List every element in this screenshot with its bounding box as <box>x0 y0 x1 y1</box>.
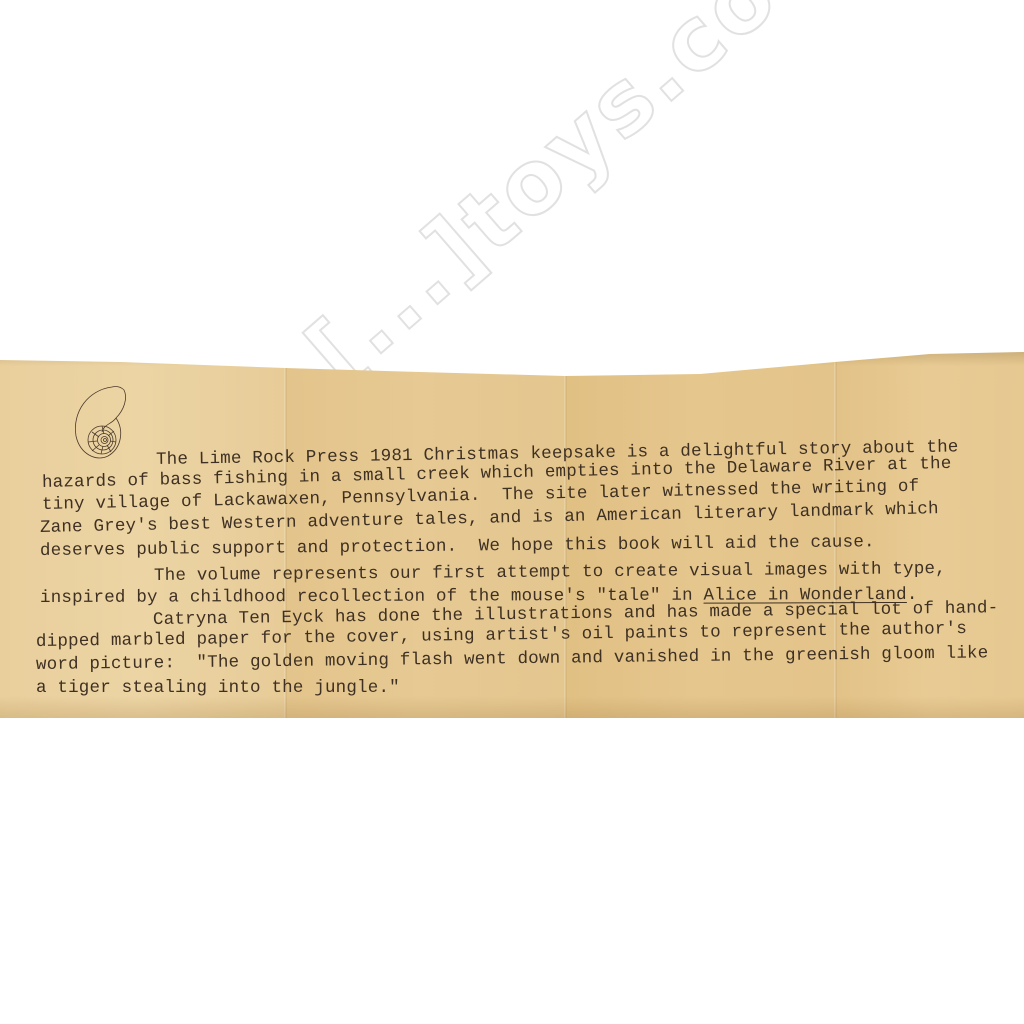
fold-line <box>834 352 837 718</box>
paper-shadow <box>0 696 1024 718</box>
photo-stage: www.[...]toys.co.nz The Lime Rock Pres <box>0 0 1024 1024</box>
fold-line <box>284 352 287 718</box>
nautilus-shell-icon <box>68 384 132 462</box>
keepsake-leaflet <box>0 352 1024 718</box>
fold-line <box>564 352 567 718</box>
